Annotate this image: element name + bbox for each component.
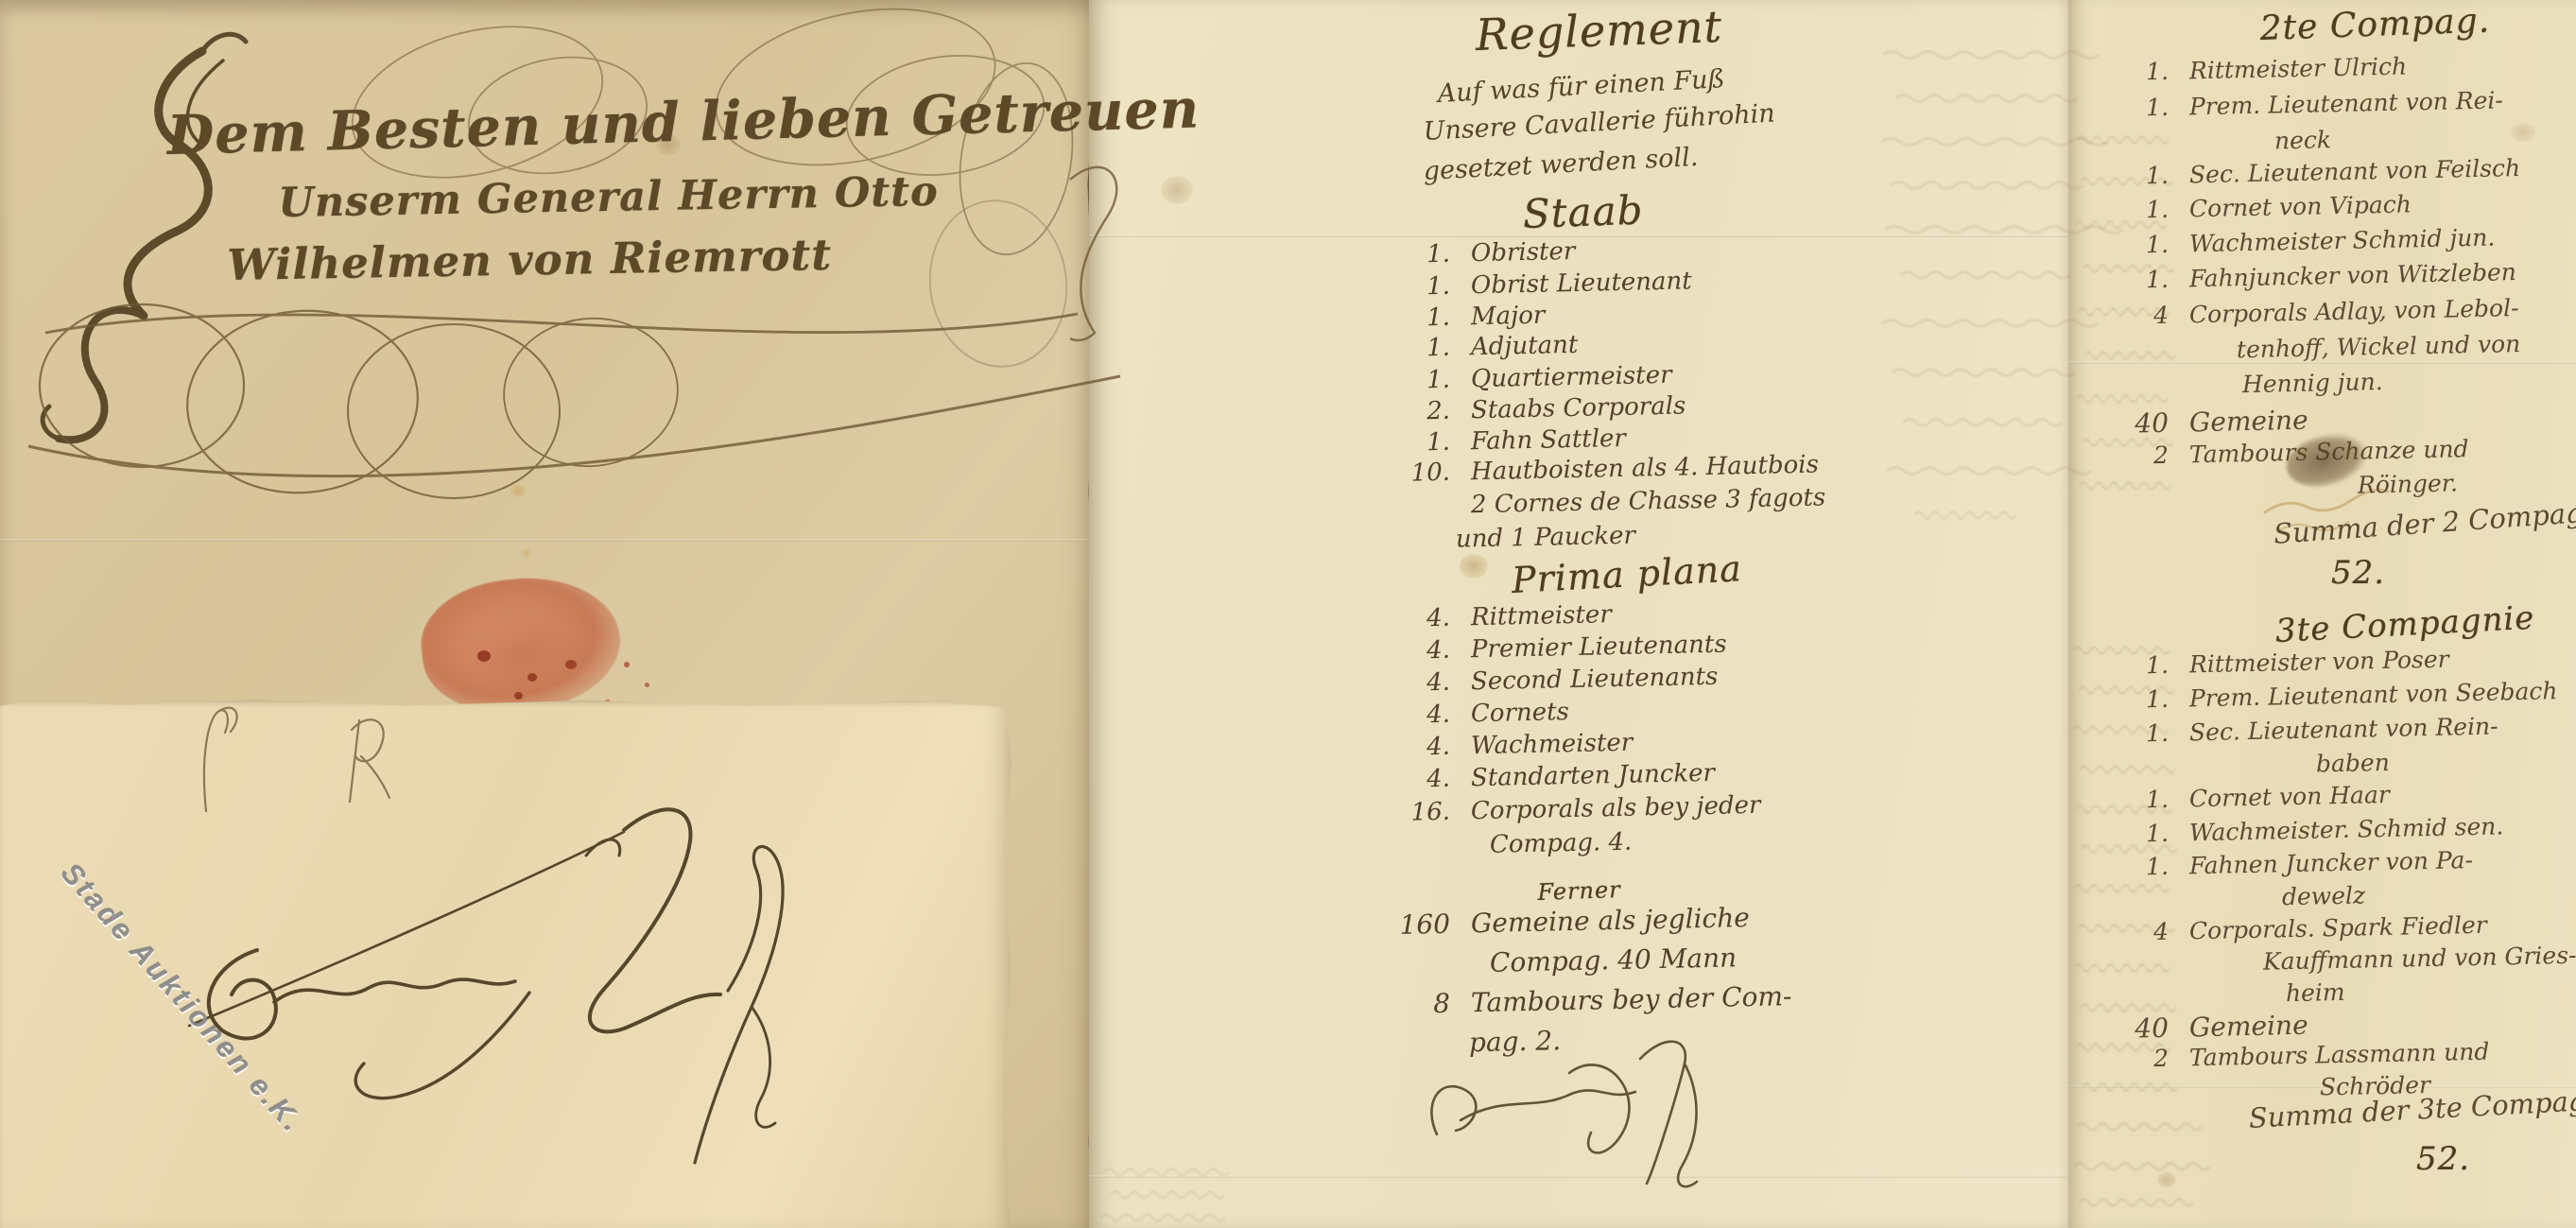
item-count: 40 [2114, 407, 2170, 440]
item-count: 160 [1392, 908, 1451, 941]
item-count: 4 [2114, 918, 2170, 946]
item-count [1392, 526, 1451, 555]
item-count [2114, 950, 2170, 978]
item-count: 4. [1392, 668, 1451, 698]
item-count: 4. [1392, 765, 1451, 794]
wax-seal-spot [514, 692, 523, 700]
fold-crease [0, 539, 1087, 542]
item-count: 4 [2114, 302, 2170, 330]
wax-seal-spot [565, 660, 577, 669]
item-count [1392, 948, 1451, 980]
item-count [2114, 886, 2170, 914]
item-count: 1. [2114, 651, 2170, 680]
item-count: 1. [2114, 58, 2170, 86]
item-count: 2. [1392, 397, 1451, 426]
item-count [2114, 337, 2170, 366]
item-count: 40 [2114, 1012, 2170, 1045]
item-count: 4. [1392, 733, 1451, 762]
ferner-heading: Ferner [1537, 876, 1621, 906]
company3-total: 52. [2416, 1140, 2470, 1178]
item-count [2114, 982, 2170, 1011]
item-count: 1. [2114, 162, 2170, 190]
item-count: 1. [2114, 853, 2170, 881]
item-count: 1. [2114, 94, 2170, 122]
item-count: 2 [2114, 1045, 2170, 1073]
item-count [1392, 1028, 1451, 1060]
item-count: 16. [1392, 798, 1451, 827]
fold-crease [1089, 1175, 2068, 1178]
item-count: 1. [2114, 786, 2170, 814]
item-count: 1. [2114, 719, 2170, 748]
item-count: 1. [2114, 685, 2170, 714]
item-count: 2 [2114, 441, 2170, 470]
item-count [2114, 372, 2170, 401]
item-count: 1. [1392, 272, 1451, 302]
company2-total: 52. [2331, 554, 2385, 592]
item-count: 8 [1392, 988, 1451, 1020]
item-count: 1. [2114, 196, 2170, 224]
item-count [1392, 832, 1451, 861]
item-count: 1. [1392, 428, 1451, 458]
reglement-title: Reglement [1475, 1, 1723, 61]
staab-heading: Staab [1522, 187, 1644, 237]
item-count: 1. [1392, 303, 1451, 333]
paper-stain [1161, 176, 1193, 204]
item-count: 4. [1392, 700, 1451, 730]
item-count [2114, 130, 2170, 158]
item-count: 1. [2114, 266, 2170, 294]
wax-seal-spot [477, 650, 491, 662]
wax-speckle [624, 662, 630, 667]
item-count: 1. [1392, 240, 1451, 269]
wax-speckle [645, 683, 649, 687]
item-count [1392, 492, 1451, 521]
item-count: 1. [1392, 334, 1451, 363]
wax-seal-spot [527, 673, 537, 682]
item-count: 1. [1392, 366, 1451, 395]
item-count [2114, 1077, 2170, 1105]
address-line-3: Wilhelmen von Riemrott [227, 230, 832, 290]
item-count [2114, 476, 2170, 504]
manuscript-scan: Dem Besten und lieben Getreuen Unserm Ge… [0, 0, 2576, 1228]
item-count [2114, 753, 2170, 782]
item-count: 10. [1392, 458, 1451, 488]
item-count: 4. [1392, 604, 1451, 633]
paper-stain [2157, 1172, 2176, 1187]
ink-drip-stain [522, 548, 531, 558]
ink-drip-stain [510, 484, 526, 497]
company2-title: 2te Compag. [2259, 2, 2491, 48]
item-count: 1. [2114, 820, 2170, 848]
item-count: 4. [1392, 636, 1451, 666]
paper-stain [1460, 554, 1488, 579]
item-count: 1. [2114, 231, 2170, 259]
